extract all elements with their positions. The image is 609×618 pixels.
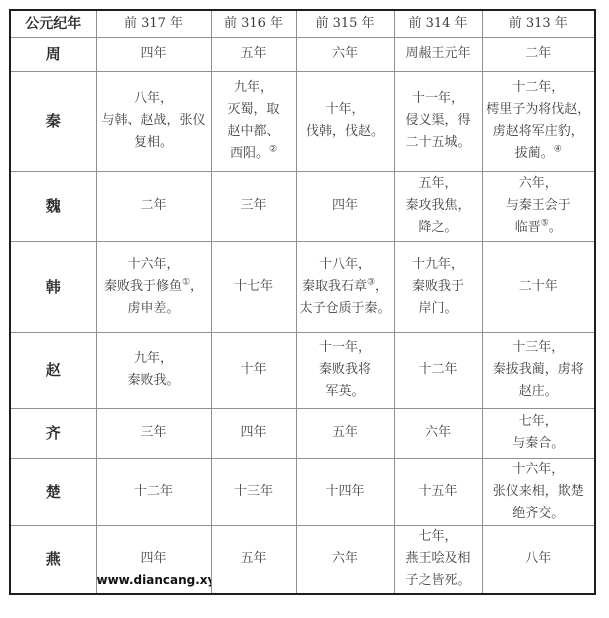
cell-qi-2: 五年 [296,408,394,458]
cell-yan-4: 八年 [482,525,595,594]
cell-chu-3: 十五年 [394,458,482,525]
cell-qi-4: 七年，与秦合。 [482,408,595,458]
header-row: 公元纪年 前 317 年前 316 年前 315 年前 314 年前 313 年 [10,10,595,37]
era-header: 公元纪年 [10,10,96,37]
state-cell-yan: 燕 [10,525,96,594]
year-header-1: 前 316 年 [211,10,296,37]
cell-han-4: 二十年 [482,241,595,332]
cell-qin-0: 八年，与韩、赵战，张仪复相。 [96,71,211,171]
cell-qin-3: 十一年，侵义渠，得二十五城。 [394,71,482,171]
state-cell-qin: 秦 [10,71,96,171]
state-cell-zhao: 赵 [10,332,96,408]
cell-yan-3: 七年，燕王哙及相子之皆死。 [394,525,482,594]
year-header-2: 前 315 年 [296,10,394,37]
footnote-marker: ③ [367,277,375,287]
cell-zhao-3: 十二年 [394,332,482,408]
cell-zhao-0: 九年，秦败我。 [96,332,211,408]
row-chu: 楚十二年十三年十四年十五年十六年，张仪来相，欺楚绝齐交。 [10,458,595,525]
row-qi: 齐三年四年五年六年七年，与秦合。 [10,408,595,458]
document-page: 公元纪年 前 317 年前 316 年前 315 年前 314 年前 313 年… [0,0,609,618]
cell-wei-1: 三年 [211,171,296,241]
cell-zhou-1: 五年 [211,37,296,71]
cell-chu-0: 十二年 [96,458,211,525]
cell-zhou-2: 六年 [296,37,394,71]
footnote-marker: ⑤ [541,219,549,229]
state-cell-chu: 楚 [10,458,96,525]
cell-zhou-3: 周赧王元年 [394,37,482,71]
cell-zhao-4: 十三年，秦拔我蔺，虏将赵庄。 [482,332,595,408]
state-cell-qi: 齐 [10,408,96,458]
footnote-marker: ① [182,277,190,287]
state-cell-wei: 魏 [10,171,96,241]
cell-han-1: 十七年 [211,241,296,332]
year-header-0: 前 317 年 [96,10,211,37]
cell-zhou-4: 二年 [482,37,595,71]
cell-chu-4: 十六年，张仪来相，欺楚绝齐交。 [482,458,595,525]
year-header-3: 前 314 年 [394,10,482,37]
cell-wei-4: 六年，与秦王会于临晋⑤。 [482,171,595,241]
cell-chu-2: 十四年 [296,458,394,525]
cell-zhao-2: 十一年，秦败我将军英。 [296,332,394,408]
cell-wei-3: 五年，秦攻我焦，降之。 [394,171,482,241]
row-zhao: 赵九年，秦败我。十年十一年，秦败我将军英。十二年十三年，秦拔我蔺，虏将赵庄。 [10,332,595,408]
cell-zhou-0: 四年 [96,37,211,71]
row-wei: 魏二年三年四年五年，秦攻我焦，降之。六年，与秦王会于临晋⑤。 [10,171,595,241]
cell-qin-1: 九年，灭蜀，取赵中都、西阳。② [211,71,296,171]
row-yan: 燕四年www.diancang.xyz五年六年七年，燕王哙及相子之皆死。八年 [10,525,595,594]
cell-han-3: 十九年，秦败我于岸门。 [394,241,482,332]
cell-yan-2: 六年 [296,525,394,594]
cell-wei-0: 二年 [96,171,211,241]
cell-han-2: 十八年，秦取我石章③，太子仓质于秦。 [296,241,394,332]
cell-han-0: 十六年，秦败我于修鱼①，虏申差。 [96,241,211,332]
year-header-4: 前 313 年 [482,10,595,37]
chronology-table: 公元纪年 前 317 年前 316 年前 315 年前 314 年前 313 年… [9,9,596,595]
row-han: 韩十六年，秦败我于修鱼①，虏申差。十七年十八年，秦取我石章③，太子仓质于秦。十九… [10,241,595,332]
cell-qi-1: 四年 [211,408,296,458]
cell-yan-0: 四年www.diancang.xyz [96,525,211,594]
watermark-url: www.diancang.xyz [97,573,211,587]
row-qin: 秦八年，与韩、赵战，张仪复相。九年，灭蜀，取赵中都、西阳。②十年，伐韩，伐赵。十… [10,71,595,171]
cell-qin-2: 十年，伐韩，伐赵。 [296,71,394,171]
state-cell-han: 韩 [10,241,96,332]
state-cell-zhou: 周 [10,37,96,71]
cell-yan-1: 五年 [211,525,296,594]
cell-chu-1: 十三年 [211,458,296,525]
cell-zhao-1: 十年 [211,332,296,408]
cell-qi-3: 六年 [394,408,482,458]
footnote-marker: ④ [554,145,562,155]
cell-qin-4: 十二年，樗里子为将伐赵，虏赵将军庄豹，拔蔺。④ [482,71,595,171]
row-zhou: 周四年五年六年周赧王元年二年 [10,37,595,71]
cell-qi-0: 三年 [96,408,211,458]
footnote-marker: ② [269,145,277,155]
cell-wei-2: 四年 [296,171,394,241]
